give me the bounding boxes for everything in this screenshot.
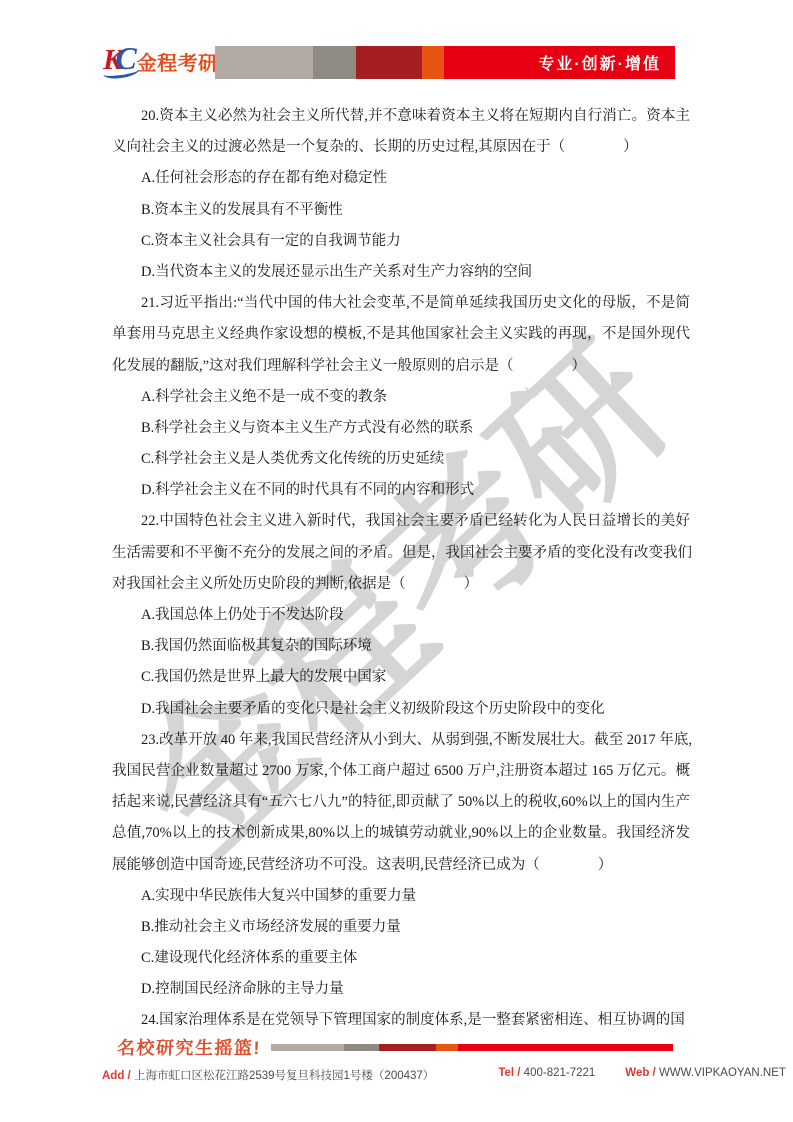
- text-line: C.资本主义社会具有一定的自我调节能力: [112, 226, 690, 257]
- text-line: B.科学社会主义与资本主义生产方式没有必然的联系: [112, 413, 690, 444]
- text-line: D.控制国民经济命脉的主导力量: [112, 974, 690, 1005]
- contact-address: 上海市虹口区松花江路2539号复旦科技园1号楼（200437）: [134, 1070, 434, 1082]
- contact-web-label: Web /: [625, 1067, 659, 1079]
- footer-contact-row: Add / 上海市虹口区松花江路2539号复旦科技园1号楼（200437） Te…: [102, 1067, 673, 1083]
- text-line: 生活需要和不平衡不充分的发展之间的矛盾。但是，我国社会主要矛盾的变化没有改变我们: [112, 538, 690, 569]
- text-line: C.科学社会主义是人类优秀文化传统的历史延续: [112, 444, 690, 475]
- band-segment-dark-red: [356, 46, 422, 79]
- page-header: KC 金程考研 专业·创新·增值: [103, 42, 675, 79]
- brand-name: 金程考研: [137, 47, 219, 79]
- document-page: KC 金程考研 专业·创新·增值 金程考研 20.资本主义必然为社会主义所代替,…: [0, 0, 793, 1122]
- text-line: A.实现中华民族伟大复兴中国梦的重要力量: [112, 881, 690, 912]
- page-footer: 名校研究生摇篮! Add / 上海市虹口区松花江路2539号复旦科技园1号楼（2…: [95, 1036, 673, 1083]
- contact-web-item: Web / WWW.VIPKAOYAN.NET: [625, 1067, 786, 1083]
- footer-color-bar: [271, 1044, 673, 1051]
- question-content: 20.资本主义必然为社会主义所代替,并不意味着资本主义将在短期内自行消亡。资本主…: [112, 101, 690, 1037]
- text-line: 22.中国特色社会主义进入新时代，我国社会主要矛盾已经转化为人民日益增长的美好: [112, 506, 690, 537]
- text-line: D.我国社会主要矛盾的变化只是社会主义初级阶段这个历史阶段中的变化: [112, 694, 690, 725]
- text-line: A.任何社会形态的存在都有绝对稳定性: [112, 163, 690, 194]
- text-line: B.资本主义的发展具有不平衡性: [112, 195, 690, 226]
- bar-segment-gray-mid: [344, 1044, 379, 1051]
- text-line: 化发展的翻版,”这对我们理解科学社会主义一般原则的启示是（ ）: [112, 351, 690, 382]
- bar-segment-dark-red: [379, 1044, 436, 1051]
- text-line: 总值,70%以上的技术创新成果,80%以上的城镇劳动就业,90%以上的企业数量。…: [112, 818, 690, 849]
- text-line: B.推动社会主义市场经济发展的重要力量: [112, 912, 690, 943]
- header-slogan: 专业·创新·增值: [538, 51, 661, 74]
- text-line: 括起来说,民营经济具有“五六七八九”的特征,即贡献了 50%以上的税收,60%以…: [112, 787, 690, 818]
- contact-tel-item: Tel / 400-821-7221: [498, 1067, 595, 1083]
- text-line: C.建设现代化经济体系的重要主体: [112, 943, 690, 974]
- bar-segment-orange: [436, 1044, 458, 1051]
- band-segment-orange: [422, 46, 444, 79]
- text-line: D.当代资本主义的发展还显示出生产关系对生产力容纳的空间: [112, 257, 690, 288]
- text-line: A.科学社会主义绝不是一成不变的教条: [112, 382, 690, 413]
- contact-add-label: Add /: [102, 1070, 134, 1082]
- text-line: 对我国社会主义所处历史阶段的判断,依据是（ ）: [112, 569, 690, 600]
- text-line: 展能够创造中国奇迹,民营经济功不可没。这表明,民营经济已成为（ ）: [112, 850, 690, 881]
- text-line: D.科学社会主义在不同的时代具有不同的内容和形式: [112, 475, 690, 506]
- text-line: 义向社会主义的过渡必然是一个复杂的、长期的历史过程,其原因在于（ ）: [112, 132, 690, 163]
- footer-title: 名校研究生摇篮!: [117, 1034, 262, 1060]
- text-line: 20.资本主义必然为社会主义所代替,并不意味着资本主义将在短期内自行消亡。资本主: [112, 101, 690, 132]
- contact-tel-label: Tel /: [498, 1067, 523, 1079]
- contact-phone: 400-821-7221: [524, 1067, 596, 1079]
- text-line: 单套用马克思主义经典作家设想的模板,不是其他国家社会主义实践的再现，不是国外现代: [112, 319, 690, 350]
- text-line: C.我国仍然是世界上最大的发展中国家: [112, 662, 690, 693]
- text-line: 我国民营企业数量超过 2700 万家,个体工商户超过 6500 万户,注册资本超…: [112, 756, 690, 787]
- band-segment-red: 专业·创新·增值: [444, 46, 675, 79]
- contact-website: WWW.VIPKAOYAN.NET: [659, 1067, 786, 1079]
- text-line: A.我国总体上仍处于不发达阶段: [112, 600, 690, 631]
- band-segment-gray-mid: [313, 46, 356, 79]
- footer-top-row: 名校研究生摇篮!: [95, 1036, 673, 1058]
- bar-segment-gray-light: [271, 1044, 344, 1051]
- text-line: 23.改革开放 40 年来,我国民营经济从小到大、从弱到强,不断发展壮大。截至 …: [112, 725, 690, 756]
- brand-logo: KC 金程考研: [103, 42, 215, 79]
- text-line: 21.习近平指出:“当代中国的伟大社会变革,不是简单延续我国历史文化的母版，不是…: [112, 288, 690, 319]
- text-line: 24.国家治理体系是在党领导下管理国家的制度体系,是一整套紧密相连、相互协调的国: [112, 1005, 690, 1036]
- header-color-band: 专业·创新·增值: [215, 46, 675, 79]
- bar-segment-red: [458, 1044, 673, 1051]
- brand-logo-kc: KC: [103, 42, 137, 79]
- text-line: B.我国仍然面临极其复杂的国际环境: [112, 631, 690, 662]
- contact-address-item: Add / 上海市虹口区松花江路2539号复旦科技园1号楼（200437）: [102, 1067, 434, 1083]
- band-segment-gray-light: [215, 46, 313, 79]
